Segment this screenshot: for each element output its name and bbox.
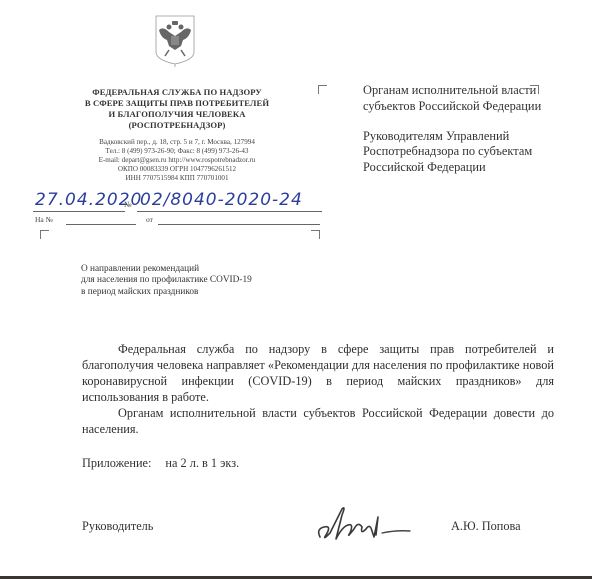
org-line: И БЛАГОПОЛУЧИЯ ЧЕЛОВЕКА: [70, 109, 284, 120]
letter-body: Федеральная служба по надзору в сфере за…: [82, 341, 554, 437]
ref-underline: [66, 224, 136, 225]
attachment-label: Приложение:: [82, 456, 151, 470]
subject-line: для населения по профилактике COVID-19: [81, 275, 252, 286]
corner-mark: [318, 85, 327, 94]
phone-line: Тел.: 8 (499) 973-26-90; Факс: 8 (499) 9…: [62, 147, 292, 156]
org-line: В СФЕРЕ ЗАЩИТЫ ПРАВ ПОТРЕБИТЕЛЕЙ: [70, 98, 284, 109]
body-paragraph: Федеральная служба по надзору в сфере за…: [82, 341, 554, 405]
from-label: от: [146, 215, 153, 224]
number-underline: [137, 211, 322, 212]
signer-role: Руководитель: [82, 519, 153, 534]
signer-name: А.Ю. Попова: [451, 519, 521, 534]
recipient: Органам исполнительной власти субъектов …: [363, 83, 573, 115]
signature-icon: [312, 503, 422, 548]
org-line: (РОСПОТРЕБНАДЗОР): [70, 120, 284, 131]
organization-name: ФЕДЕРАЛЬНАЯ СЛУЖБА ПО НАДЗОРУ В СФЕРЕ ЗА…: [70, 87, 284, 131]
org-line: ФЕДЕРАЛЬНАЯ СЛУЖБА ПО НАДЗОРУ: [70, 87, 284, 98]
ref-label: На №: [35, 215, 53, 224]
organization-address: Вадковский пер., д. 18, стр. 5 и 7, г. М…: [62, 138, 292, 183]
email-line: E-mail: depart@gsen.ru http://www.rospot…: [62, 156, 292, 165]
coat-of-arms-icon: [153, 14, 197, 68]
number-sign: №: [124, 200, 132, 209]
address-line: Вадковский пер., д. 18, стр. 5 и 7, г. М…: [62, 138, 292, 147]
recipient: Руководителям Управлений Роспотребнадзор…: [363, 129, 573, 176]
okpo-line: ОКПО 00083339 ОГРН 1047796261512: [62, 165, 292, 174]
body-paragraph: Органам исполнительной власти субъектов …: [82, 405, 554, 437]
attachment: Приложение:на 2 л. в 1 экз.: [82, 456, 239, 471]
from-underline: [158, 224, 320, 225]
registration-number: 02/8040-2020-24: [140, 190, 303, 210]
corner-mark: [40, 230, 49, 239]
corner-mark: [311, 230, 320, 239]
inn-line: ИНН 7707515984 КПП 770701001: [62, 174, 292, 183]
date-underline: [33, 211, 125, 212]
recipients-block: Органам исполнительной власти субъектов …: [363, 83, 573, 190]
attachment-value: на 2 л. в 1 экз.: [165, 456, 239, 470]
subject-line: О направлении рекомендаций: [81, 264, 252, 275]
subject-line: в период майских праздников: [81, 287, 252, 298]
subject: О направлении рекомендаций для населения…: [81, 264, 252, 298]
